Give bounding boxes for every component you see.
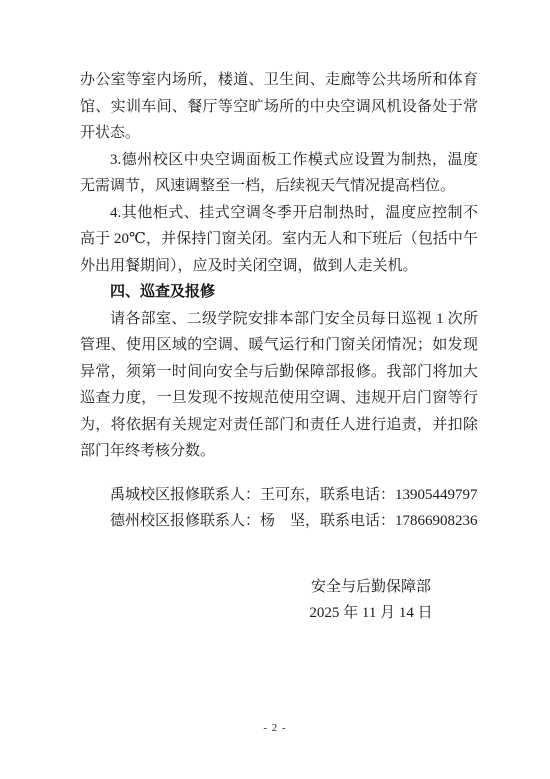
paragraph-item-4: 4.其他柜式、挂式空调冬季开启制热时，温度应控制不高于 20℃，并保持门窗关闭。… <box>80 200 478 280</box>
signature-date: 2025 年 11 月 14 日 <box>305 600 437 627</box>
signature-block: 安全与后勤保障部 2025 年 11 月 14 日 <box>305 574 437 627</box>
section-heading-inspection-repair: 四、巡查及报修 <box>80 279 478 306</box>
document-body: 办公室等室内场所，楼道、卫生间、走廊等公共场所和体育馆、实训车间、餐厅等空旷场所… <box>80 67 478 627</box>
paragraph-inspection-detail: 请各部室、二级学院安排本部门安全员每日巡视 1 次所管理、使用区域的空调、暖气运… <box>80 306 478 465</box>
page-number: - 2 - <box>0 721 550 735</box>
signature-department: 安全与后勤保障部 <box>305 574 437 601</box>
paragraph-item-3: 3.德州校区中央空调面板工作模式应设置为制热，温度无需调节，风速调整至一档，后续… <box>80 147 478 200</box>
contact-line-dezhou: 德州校区报修联系人：杨 坚，联系电话：17866908236 <box>80 508 478 535</box>
contact-line-yucheng: 禹城校区报修联系人：王可东，联系电话：13905449797 <box>80 482 478 509</box>
document-page: 办公室等室内场所，楼道、卫生间、走廊等公共场所和体育馆、实训车间、餐厅等空旷场所… <box>0 0 550 779</box>
contact-block: 禹城校区报修联系人：王可东，联系电话：13905449797 德州校区报修联系人… <box>80 482 478 535</box>
paragraph-continuation: 办公室等室内场所，楼道、卫生间、走廊等公共场所和体育馆、实训车间、餐厅等空旷场所… <box>80 67 478 147</box>
